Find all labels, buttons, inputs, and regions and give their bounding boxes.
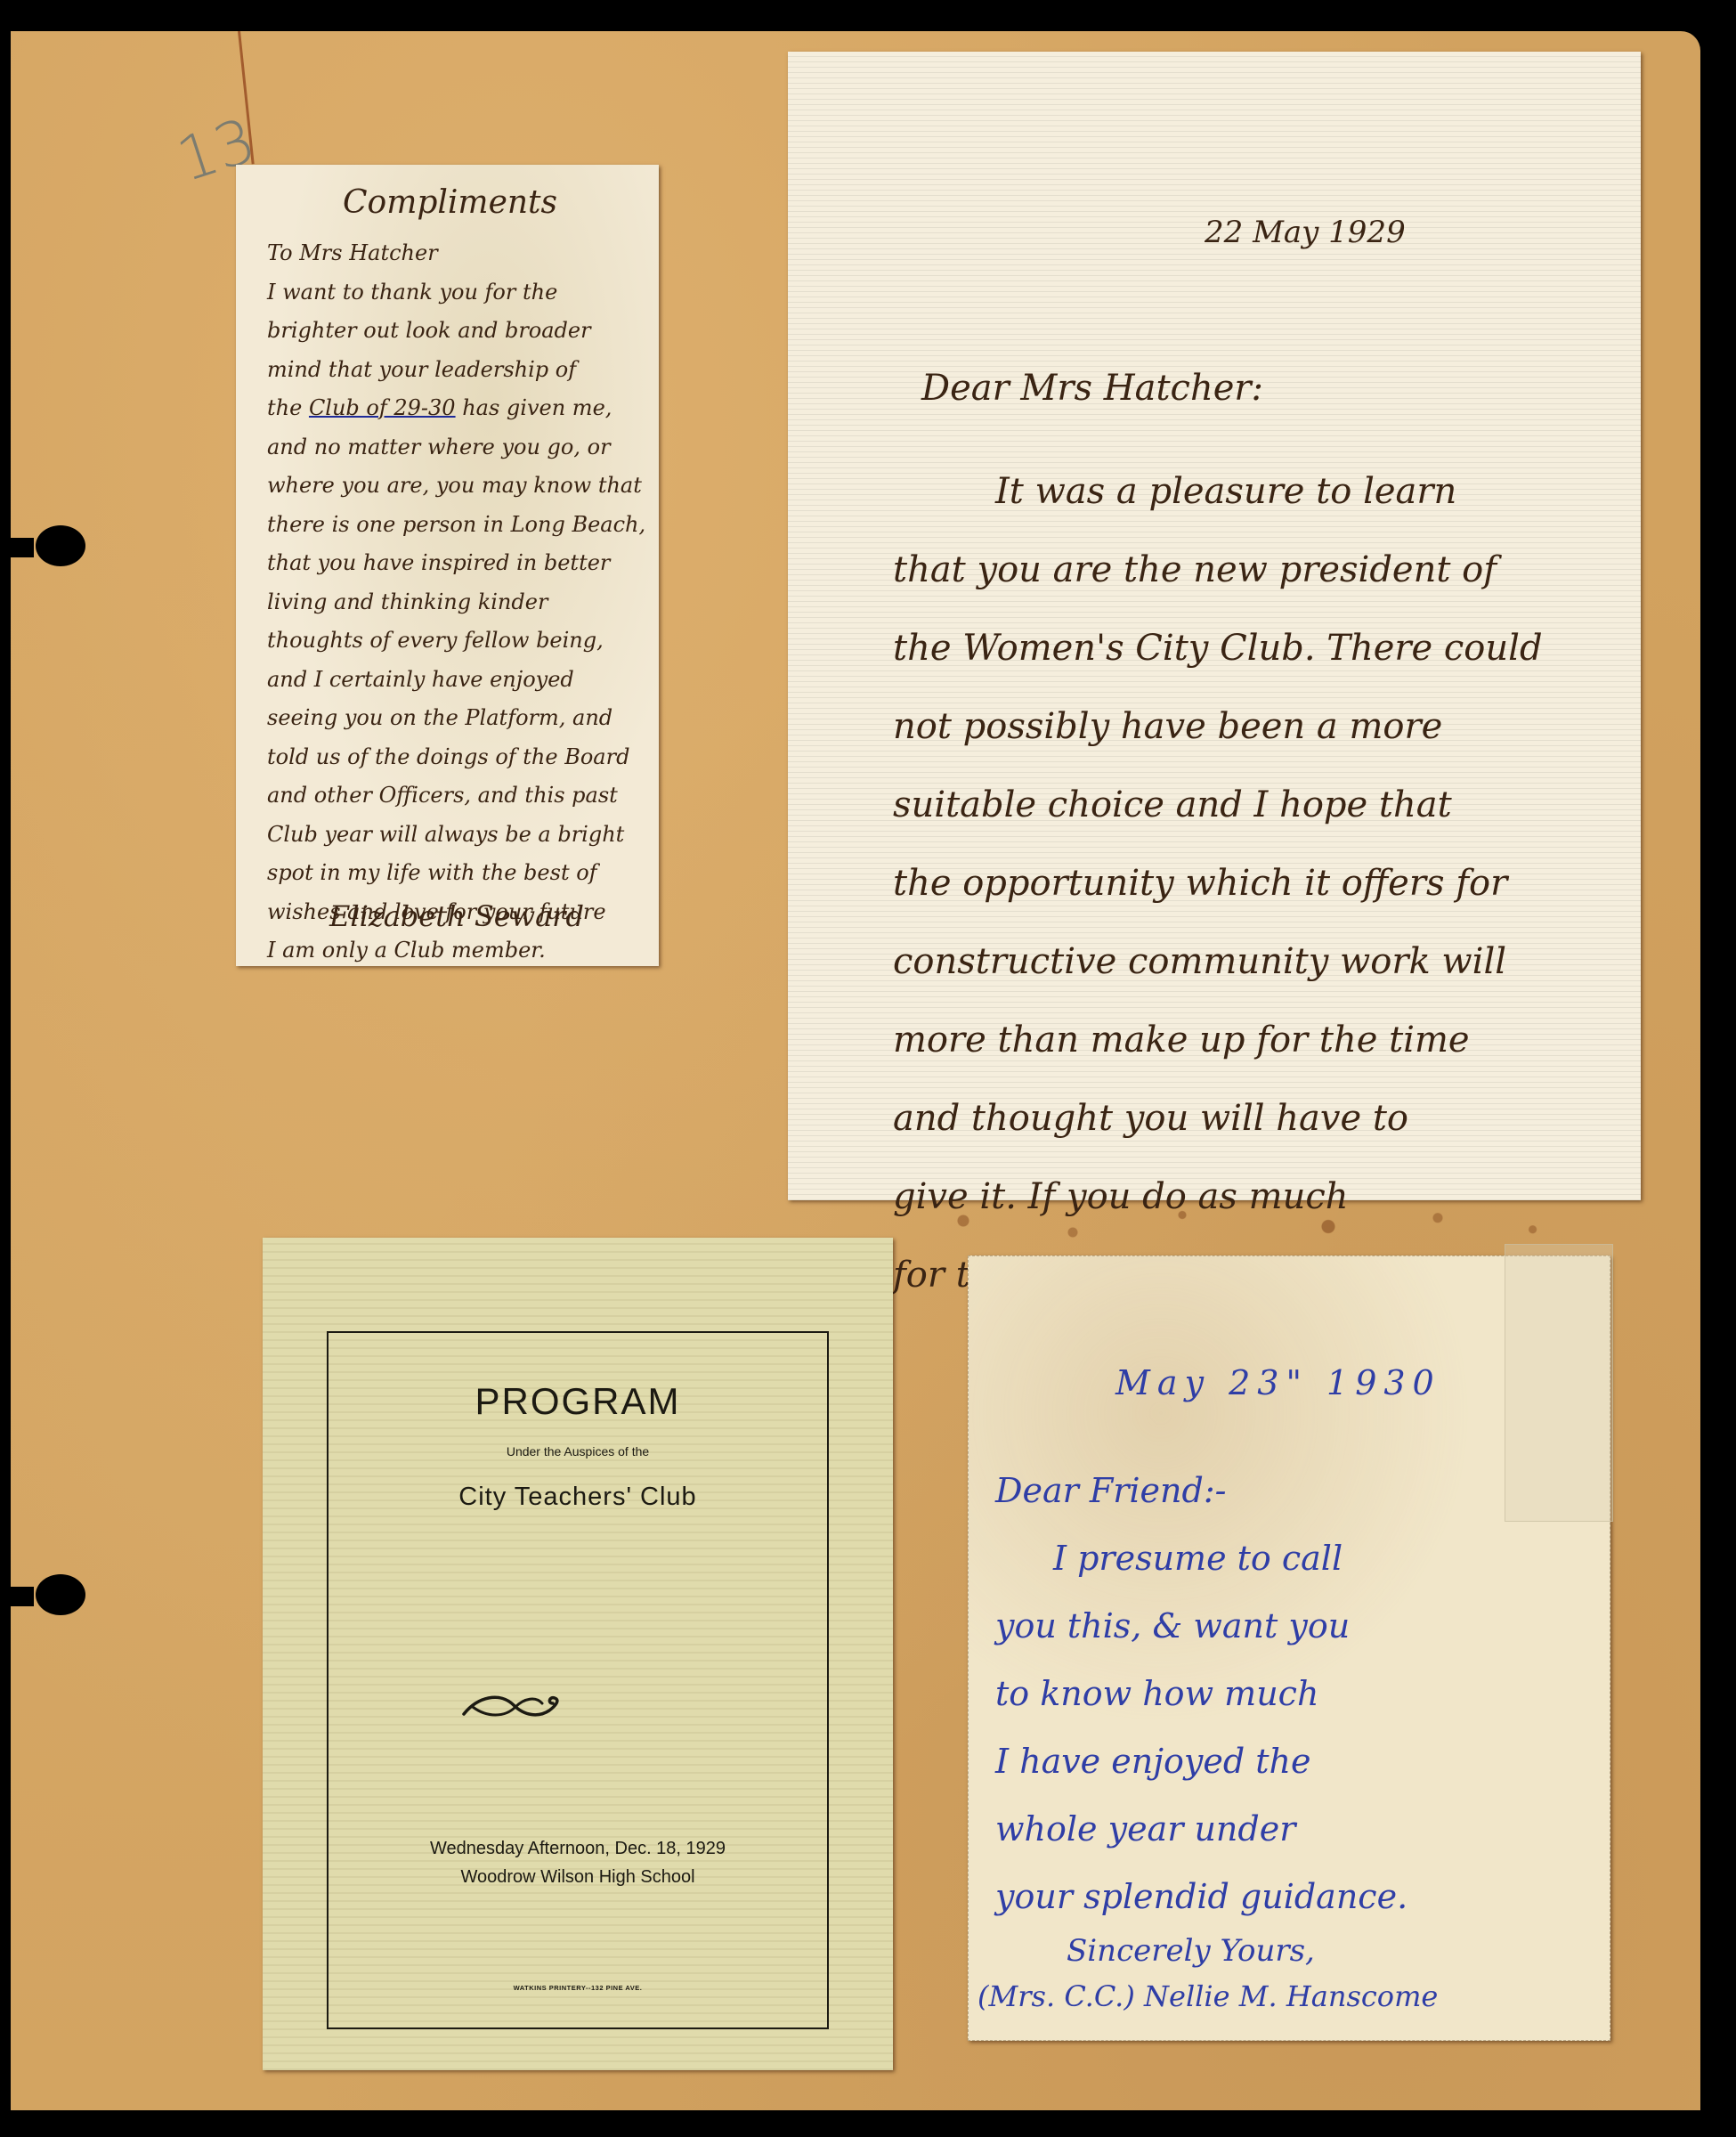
letter-line: the opportunity which it offers for (893, 844, 1605, 922)
flourish-ornament-icon (460, 1687, 563, 1723)
photo-corner-mount (1505, 1244, 1613, 1522)
note-line-underlined: the Club of 29-30 has given me, (267, 389, 650, 428)
note-line: brighter out look and broader (267, 312, 650, 351)
note2-line: I have enjoyed the (995, 1727, 1610, 1795)
note2-line: you this, & want you (995, 1592, 1610, 1660)
note-line: and I certainly have enjoyed (267, 661, 650, 700)
program-venue: Woodrow Wilson High School (263, 1867, 893, 1888)
note-body: To Mrs Hatcher I want to thank you for t… (267, 234, 650, 971)
letter-line: not possibly have been a more (893, 687, 1605, 766)
program-printer: WATKINS PRINTERY--132 PINE AVE. (263, 1984, 893, 1992)
note-line: that you have inspired in better (267, 544, 650, 583)
note2-signature: (Mrs. C.C.) Nellie M. Hanscome (978, 1979, 1438, 2013)
note2-line: your splendid guidance. (995, 1863, 1610, 1930)
note-line: I am only a Club member. (267, 931, 650, 971)
note2-body: Dear Friend:- I presume to call you this… (995, 1457, 1610, 1930)
note-line: and no matter where you go, or (267, 428, 650, 467)
note-line: mind that your leadership of (267, 351, 650, 390)
note2-line: to know how much (995, 1660, 1610, 1727)
program-organization: City Teachers' Club (263, 1483, 893, 1512)
note-title: Compliments (343, 184, 557, 221)
letter-date: 22 May 1929 (1205, 215, 1406, 250)
note-line: living and thinking kinder (267, 583, 650, 622)
program-frame (327, 1331, 829, 2029)
note-line: thoughts of every fellow being, (267, 622, 650, 661)
note2-date: May 23" 1930 (1115, 1363, 1441, 1402)
note-signature: Elizabeth Seward (329, 899, 584, 933)
letter-line: the Women's City Club. There could (893, 609, 1605, 687)
binder-hole-icon (0, 525, 87, 566)
note-line: Club year will always be a bright (267, 816, 650, 855)
letter-greeting: Dear Mrs Hatcher: (921, 368, 1263, 409)
letter-body: It was a pleasure to learn that you are … (893, 452, 1605, 1314)
letter-line: suitable choice and I hope that (893, 766, 1605, 844)
letter-1929-card: 22 May 1929 Dear Mrs Hatcher: It was a p… (788, 52, 1641, 1200)
letter-line: constructive community work will (893, 922, 1605, 1001)
letter-line: more than make up for the time (893, 1001, 1605, 1079)
program-event-date: Wednesday Afternoon, Dec. 18, 1929 (263, 1839, 893, 1859)
note-line: told us of the doings of the Board (267, 738, 650, 777)
letter-line: It was a pleasure to learn (893, 452, 1605, 531)
note-line: seeing you on the Platform, and (267, 699, 650, 738)
program-card: PROGRAM Under the Auspices of the City T… (263, 1238, 893, 2070)
note-line: and other Officers, and this past (267, 776, 650, 816)
note-line: spot in my life with the best of (267, 854, 650, 893)
note-line: there is one person in Long Beach, (267, 506, 650, 545)
binder-hole-icon (0, 1574, 87, 1615)
note2-line: I presume to call (995, 1524, 1610, 1592)
compliments-note-card: Compliments To Mrs Hatcher I want to tha… (236, 165, 659, 966)
note-line: To Mrs Hatcher (267, 234, 650, 273)
program-subheading: Under the Auspices of the (263, 1444, 893, 1459)
letter-line: that you are the new president of (893, 531, 1605, 609)
note-line: I want to thank you for the (267, 273, 650, 313)
program-heading: PROGRAM (263, 1380, 893, 1423)
note2-line: whole year under (995, 1795, 1610, 1863)
letter-line: and thought you will have to (893, 1079, 1605, 1158)
note-line: where you are, you may know that (267, 467, 650, 506)
note2-closing: Sincerely Yours, (1067, 1933, 1315, 1969)
underlined-phrase: Club of 29-30 (309, 395, 456, 420)
